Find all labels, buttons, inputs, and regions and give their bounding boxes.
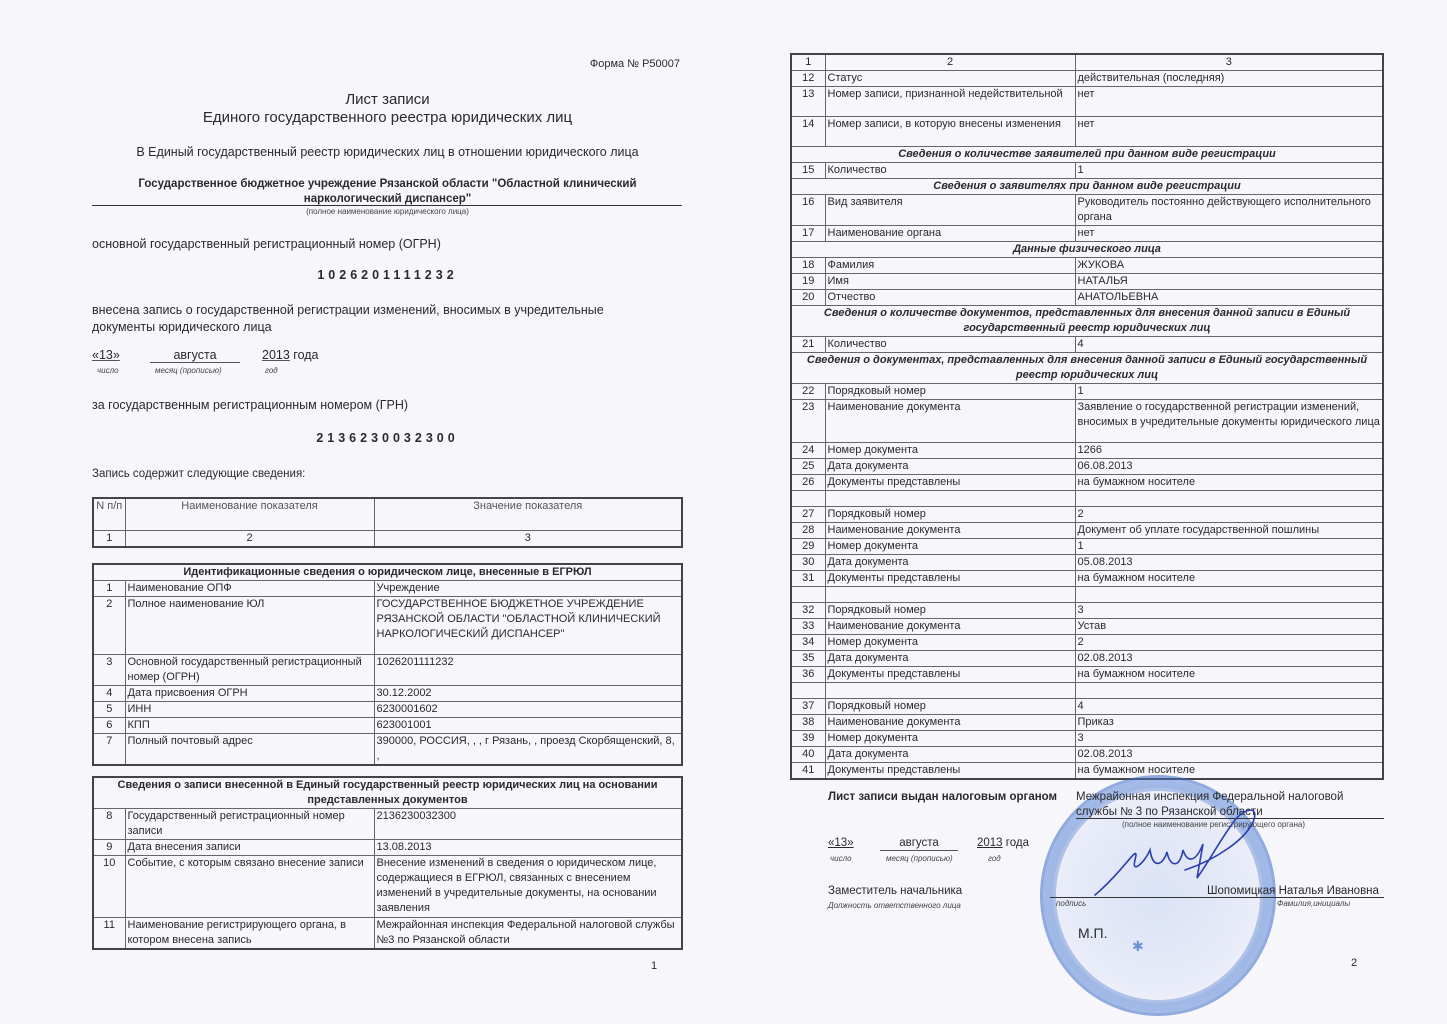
row-name: Дата документа	[825, 459, 1075, 475]
row-number: 36	[791, 667, 825, 683]
row-number: 15	[791, 163, 825, 179]
row-name: Дата документа	[825, 555, 1075, 571]
table-row: 12Статусдействительная (последняя)	[791, 71, 1383, 87]
row-name: Наименование документа	[825, 523, 1075, 539]
row-value: 4	[1075, 699, 1383, 715]
spacer-row	[791, 587, 1383, 603]
row-value: 623001001	[374, 718, 682, 734]
row-value: 2	[1075, 635, 1383, 651]
row-name: Событие, с которым связано внесение запи…	[125, 856, 374, 918]
row-value: Руководитель постоянно действующего испо…	[1075, 195, 1383, 226]
row-value: 6230001602	[374, 702, 682, 718]
form-number: Форма № Р50007	[0, 58, 680, 70]
seal-place-mark: М.П.	[1078, 925, 1108, 941]
section-title: Сведения о количестве документов, предст…	[791, 306, 1383, 337]
row-number: 9	[93, 840, 125, 856]
organization-caption: (полное наименование юридического лица)	[92, 207, 683, 216]
spacer-row	[791, 491, 1383, 507]
table-row: 25Дата документа06.08.2013	[791, 459, 1383, 475]
row-name: Дата документа	[825, 747, 1075, 763]
table-row: 15Количество1	[791, 163, 1383, 179]
row-value: 13.08.2013	[374, 840, 682, 856]
section-title: Данные физического лица	[791, 242, 1383, 258]
document-title: Лист записи	[92, 90, 683, 109]
table-row: 32Порядковый номер3	[791, 603, 1383, 619]
table-row: 10Событие, с которым связано внесение за…	[93, 856, 682, 918]
row-name: Наименование органа	[825, 226, 1075, 242]
table-row: 35Дата документа02.08.2013	[791, 651, 1383, 667]
row-number: 19	[791, 274, 825, 290]
table-row: 36Документы представленына бумажном носи…	[791, 667, 1383, 683]
row-value: 30.12.2002	[374, 686, 682, 702]
row-number: 32	[791, 603, 825, 619]
row-number: 13	[791, 87, 825, 117]
organization-name: Государственное бюджетное учреждение Ряз…	[92, 177, 683, 207]
page-1: Форма № Р50007 Лист записи Единого госуд…	[0, 0, 723, 1024]
row-name: Статус	[825, 71, 1075, 87]
col-number-header: N п/п	[93, 498, 125, 530]
grn-label: за государственным регистрационным номер…	[92, 397, 683, 414]
issued-year-suffix: года	[1003, 837, 1029, 849]
row-number: 40	[791, 747, 825, 763]
issued-date-day: «13»	[828, 837, 854, 849]
table-row: 20ОтчествоАНАТОЛЬЕВНА	[791, 290, 1383, 306]
identification-table: Идентификационные сведения о юридическом…	[92, 563, 683, 766]
row-name: Количество	[825, 163, 1075, 179]
document-subtitle: Единого государственного реестра юридиче…	[92, 108, 683, 127]
table-row: 11Наименование регистрирующего органа, в…	[93, 918, 682, 950]
col-value-header: Значение показателя	[374, 498, 682, 530]
record-info-table: Сведения о записи внесенной в Единый гос…	[92, 776, 683, 950]
row-value: 02.08.2013	[1075, 651, 1383, 667]
entry-description-line1: внесена запись о государственной регистр…	[92, 302, 683, 319]
row-value: 1	[1075, 163, 1383, 179]
row-number: 18	[791, 258, 825, 274]
row-number: 5	[93, 702, 125, 718]
table-row: 37Порядковый номер4	[791, 699, 1383, 715]
row-value: Межрайонная инспекция Федеральной налого…	[374, 918, 682, 950]
row-name: Номер документа	[825, 443, 1075, 459]
row-value: 3	[1075, 603, 1383, 619]
row-value: нет	[1075, 226, 1383, 242]
row-value: ЖУКОВА	[1075, 258, 1383, 274]
row-number: 11	[93, 918, 125, 950]
entry-date: «13»	[92, 348, 120, 362]
issued-day-caption: число	[830, 854, 852, 863]
row-value: Устав	[1075, 619, 1383, 635]
row-number: 10	[93, 856, 125, 918]
table-row: 41Документы представленына бумажном носи…	[791, 763, 1383, 780]
date-day-caption: число	[97, 366, 119, 375]
table-row: 19ИмяНАТАЛЬЯ	[791, 274, 1383, 290]
row-value: 05.08.2013	[1075, 555, 1383, 571]
date-year: 2013	[262, 348, 290, 362]
continuation-table: 1 2 3 12Статусдействительная (последняя)…	[790, 53, 1384, 780]
entry-description: внесена запись о государственной регистр…	[92, 302, 683, 336]
organization-name-line1: Государственное бюджетное учреждение Ряз…	[92, 177, 683, 192]
row-name: Фамилия	[825, 258, 1075, 274]
row-number: 38	[791, 715, 825, 731]
row-number: 33	[791, 619, 825, 635]
row-number: 26	[791, 475, 825, 491]
table-row: 39Номер документа3	[791, 731, 1383, 747]
row-name: Наименование документа	[825, 715, 1075, 731]
organization-underline	[92, 205, 682, 206]
table-row: 2Полное наименование ЮЛГОСУДАРСТВЕННОЕ Б…	[93, 597, 682, 655]
row-number: 14	[791, 117, 825, 147]
row-number: 3	[93, 655, 125, 686]
table-row: 3Основной государственный регистрационны…	[93, 655, 682, 686]
col-name-header: Наименование показателя	[125, 498, 374, 530]
row-number: 28	[791, 523, 825, 539]
table-row: 28Наименование документаДокумент об упла…	[791, 523, 1383, 539]
row-name: Порядковый номер	[825, 507, 1075, 523]
row-name: Государственный регистрационный номер за…	[125, 809, 374, 840]
row-value: Учреждение	[374, 581, 682, 597]
table-row: 31Документы представленына бумажном носи…	[791, 571, 1383, 587]
row-value: на бумажном носителе	[1075, 763, 1383, 780]
table-row: 26Документы представленына бумажном носи…	[791, 475, 1383, 491]
header-num: 3	[1075, 54, 1383, 71]
row-name: Имя	[825, 274, 1075, 290]
row-name: Основной государственный регистрационный…	[125, 655, 374, 686]
row-value: НАТАЛЬЯ	[1075, 274, 1383, 290]
row-number: 1	[93, 581, 125, 597]
header-num: 2	[825, 54, 1075, 71]
table-row: 30Дата документа05.08.2013	[791, 555, 1383, 571]
row-value: на бумажном носителе	[1075, 475, 1383, 491]
row-name: Отчество	[825, 290, 1075, 306]
row-name: Наименование документа	[825, 400, 1075, 443]
intro-text: В Единый государственный реестр юридичес…	[92, 145, 683, 159]
table-row: 18ФамилияЖУКОВА	[791, 258, 1383, 274]
date-year-caption: год	[265, 366, 278, 375]
ogrn-label: основной государственный регистрационный…	[92, 236, 683, 253]
date-month: августа	[150, 348, 240, 363]
row-name: Количество	[825, 337, 1075, 353]
row-value: Заявление о государственной регистрации …	[1075, 400, 1383, 443]
row-number: 6	[93, 718, 125, 734]
row-name: Номер документа	[825, 539, 1075, 555]
signer-position: Заместитель начальника	[828, 885, 962, 897]
table-row: 40Дата документа02.08.2013	[791, 747, 1383, 763]
signer-position-caption: Должность ответственного лица	[828, 901, 961, 910]
table-row: 5ИНН6230001602	[93, 702, 682, 718]
row-number: 31	[791, 571, 825, 587]
header-row: N п/п Наименование показателя Значение п…	[93, 498, 682, 530]
row-name: Номер записи, в которую внесены изменени…	[825, 117, 1075, 147]
row-number: 12	[791, 71, 825, 87]
row-value: 1	[1075, 384, 1383, 400]
header-num: 2	[125, 530, 374, 547]
header-numbers-row: 1 2 3	[791, 54, 1383, 71]
row-value: 06.08.2013	[1075, 459, 1383, 475]
entry-description-line2: документы юридического лица	[92, 319, 683, 336]
signer-name-caption: Фамилия,инициалы	[1277, 899, 1350, 908]
section-title: Сведения о заявителях при данном виде ре…	[791, 179, 1383, 195]
row-value: 2	[1075, 507, 1383, 523]
row-value: 1026201111232	[374, 655, 682, 686]
table-row: 16Вид заявителяРуководитель постоянно де…	[791, 195, 1383, 226]
row-value: 4	[1075, 337, 1383, 353]
row-number: 24	[791, 443, 825, 459]
row-number: 2	[93, 597, 125, 655]
row-value: 1	[1075, 539, 1383, 555]
issued-date-month: августа	[880, 837, 958, 851]
header-num: 1	[791, 54, 825, 71]
row-value: 390000, РОССИЯ, , , г Рязань, , проезд С…	[374, 734, 682, 766]
date-year-suffix: года	[290, 348, 319, 362]
section-title: Сведения о количестве заявителей при дан…	[791, 147, 1383, 163]
row-number: 17	[791, 226, 825, 242]
row-name: Дата внесения записи	[125, 840, 374, 856]
row-number: 39	[791, 731, 825, 747]
row-value: АНАТОЛЬЕВНА	[1075, 290, 1383, 306]
issued-year: 2013	[977, 837, 1003, 849]
table-row: 9Дата внесения записи13.08.2013	[93, 840, 682, 856]
table-row: 21Количество4	[791, 337, 1383, 353]
row-value: 1266	[1075, 443, 1383, 459]
table-row: 14Номер записи, в которую внесены измене…	[791, 117, 1383, 147]
row-name: Дата присвоения ОГРН	[125, 686, 374, 702]
row-number: 21	[791, 337, 825, 353]
signature-caption: подпись	[1056, 899, 1086, 908]
columns-header-table: N п/п Наименование показателя Значение п…	[92, 497, 683, 548]
row-value: нет	[1075, 117, 1383, 147]
row-number: 8	[93, 809, 125, 840]
handwritten-signature	[1085, 800, 1265, 910]
table-row: 34Номер документа2	[791, 635, 1383, 651]
grn-value: 2136230032300	[92, 431, 683, 445]
row-number: 22	[791, 384, 825, 400]
row-name: Полное наименование ЮЛ	[125, 597, 374, 655]
row-number: 30	[791, 555, 825, 571]
row-name: Порядковый номер	[825, 699, 1075, 715]
seal-star-icon: ✱	[1132, 938, 1144, 955]
row-name: Номер документа	[825, 635, 1075, 651]
date-day: «13»	[92, 348, 120, 362]
row-name: Вид заявителя	[825, 195, 1075, 226]
row-name: КПП	[125, 718, 374, 734]
row-value: Документ об уплате государственной пошли…	[1075, 523, 1383, 539]
ogrn-value: 1026201111232	[92, 268, 683, 282]
issued-day: «13»	[828, 837, 854, 849]
section-title: Идентификационные сведения о юридическом…	[93, 564, 682, 581]
row-name: Документы представлены	[825, 571, 1075, 587]
row-number: 34	[791, 635, 825, 651]
row-name: Документы представлены	[825, 667, 1075, 683]
page-number: 1	[651, 960, 657, 972]
table-row: 27Порядковый номер2	[791, 507, 1383, 523]
table-row: 6КПП623001001	[93, 718, 682, 734]
table-row: 22Порядковый номер1	[791, 384, 1383, 400]
row-name: Номер записи, признанной недействительно…	[825, 87, 1075, 117]
issued-by-label: Лист записи выдан налоговым органом	[828, 791, 1057, 803]
table-row: 4Дата присвоения ОГРН30.12.2002	[93, 686, 682, 702]
date-year-wrap: 2013 года	[262, 348, 319, 362]
issued-year-caption: год	[988, 854, 1001, 863]
row-value: на бумажном носителе	[1075, 571, 1383, 587]
row-name: Дата документа	[825, 651, 1075, 667]
spacer-row	[791, 683, 1383, 699]
row-number: 16	[791, 195, 825, 226]
row-value: 3	[1075, 731, 1383, 747]
row-number: 25	[791, 459, 825, 475]
header-num: 3	[374, 530, 682, 547]
row-name: ИНН	[125, 702, 374, 718]
row-number: 4	[93, 686, 125, 702]
row-value: Внесение изменений в сведения о юридичес…	[374, 856, 682, 918]
row-value: действительная (последняя)	[1075, 71, 1383, 87]
table-row: 17Наименование органанет	[791, 226, 1383, 242]
row-name: Наименование ОПФ	[125, 581, 374, 597]
page-number: 2	[1351, 957, 1357, 969]
table-row: 8Государственный регистрационный номер з…	[93, 809, 682, 840]
issued-date-year-wrap: 2013 года	[977, 837, 1029, 849]
row-value: ГОСУДАРСТВЕННОЕ БЮДЖЕТНОЕ УЧРЕЖДЕНИЕ РЯЗ…	[374, 597, 682, 655]
row-name: Полный почтовый адрес	[125, 734, 374, 766]
table-row: 7Полный почтовый адрес390000, РОССИЯ, , …	[93, 734, 682, 766]
issued-month-caption: месяц (прописью)	[886, 854, 953, 863]
row-value: 2136230032300	[374, 809, 682, 840]
row-name: Номер документа	[825, 731, 1075, 747]
table-row: 29Номер документа1	[791, 539, 1383, 555]
table-row: 1Наименование ОПФУчреждение	[93, 581, 682, 597]
date-month-caption: месяц (прописью)	[155, 366, 222, 375]
row-name: Наименование документа	[825, 619, 1075, 635]
row-value: нет	[1075, 87, 1383, 117]
contains-label: Запись содержит следующие сведения:	[92, 466, 683, 483]
row-name: Порядковый номер	[825, 384, 1075, 400]
row-name: Порядковый номер	[825, 603, 1075, 619]
table-row: 24Номер документа1266	[791, 443, 1383, 459]
row-number: 27	[791, 507, 825, 523]
row-number: 23	[791, 400, 825, 443]
row-number: 37	[791, 699, 825, 715]
row-number: 20	[791, 290, 825, 306]
section-title: Сведения о документах, представленных дл…	[791, 353, 1383, 384]
section-title: Сведения о записи внесенной в Единый гос…	[93, 777, 682, 809]
table-row: 38Наименование документаПриказ	[791, 715, 1383, 731]
row-number: 29	[791, 539, 825, 555]
row-value: Приказ	[1075, 715, 1383, 731]
header-num: 1	[93, 530, 125, 547]
row-name: Наименование регистрирующего органа, в к…	[125, 918, 374, 950]
row-name: Документы представлены	[825, 763, 1075, 780]
table-row: 13Номер записи, признанной недействитель…	[791, 87, 1383, 117]
row-number: 35	[791, 651, 825, 667]
row-number: 7	[93, 734, 125, 766]
row-value: 02.08.2013	[1075, 747, 1383, 763]
row-name: Документы представлены	[825, 475, 1075, 491]
row-number: 41	[791, 763, 825, 780]
table-row: 33Наименование документаУстав	[791, 619, 1383, 635]
row-value: на бумажном носителе	[1075, 667, 1383, 683]
table-row: 23Наименование документаЗаявление о госу…	[791, 400, 1383, 443]
header-numbers-row: 1 2 3	[93, 530, 682, 547]
